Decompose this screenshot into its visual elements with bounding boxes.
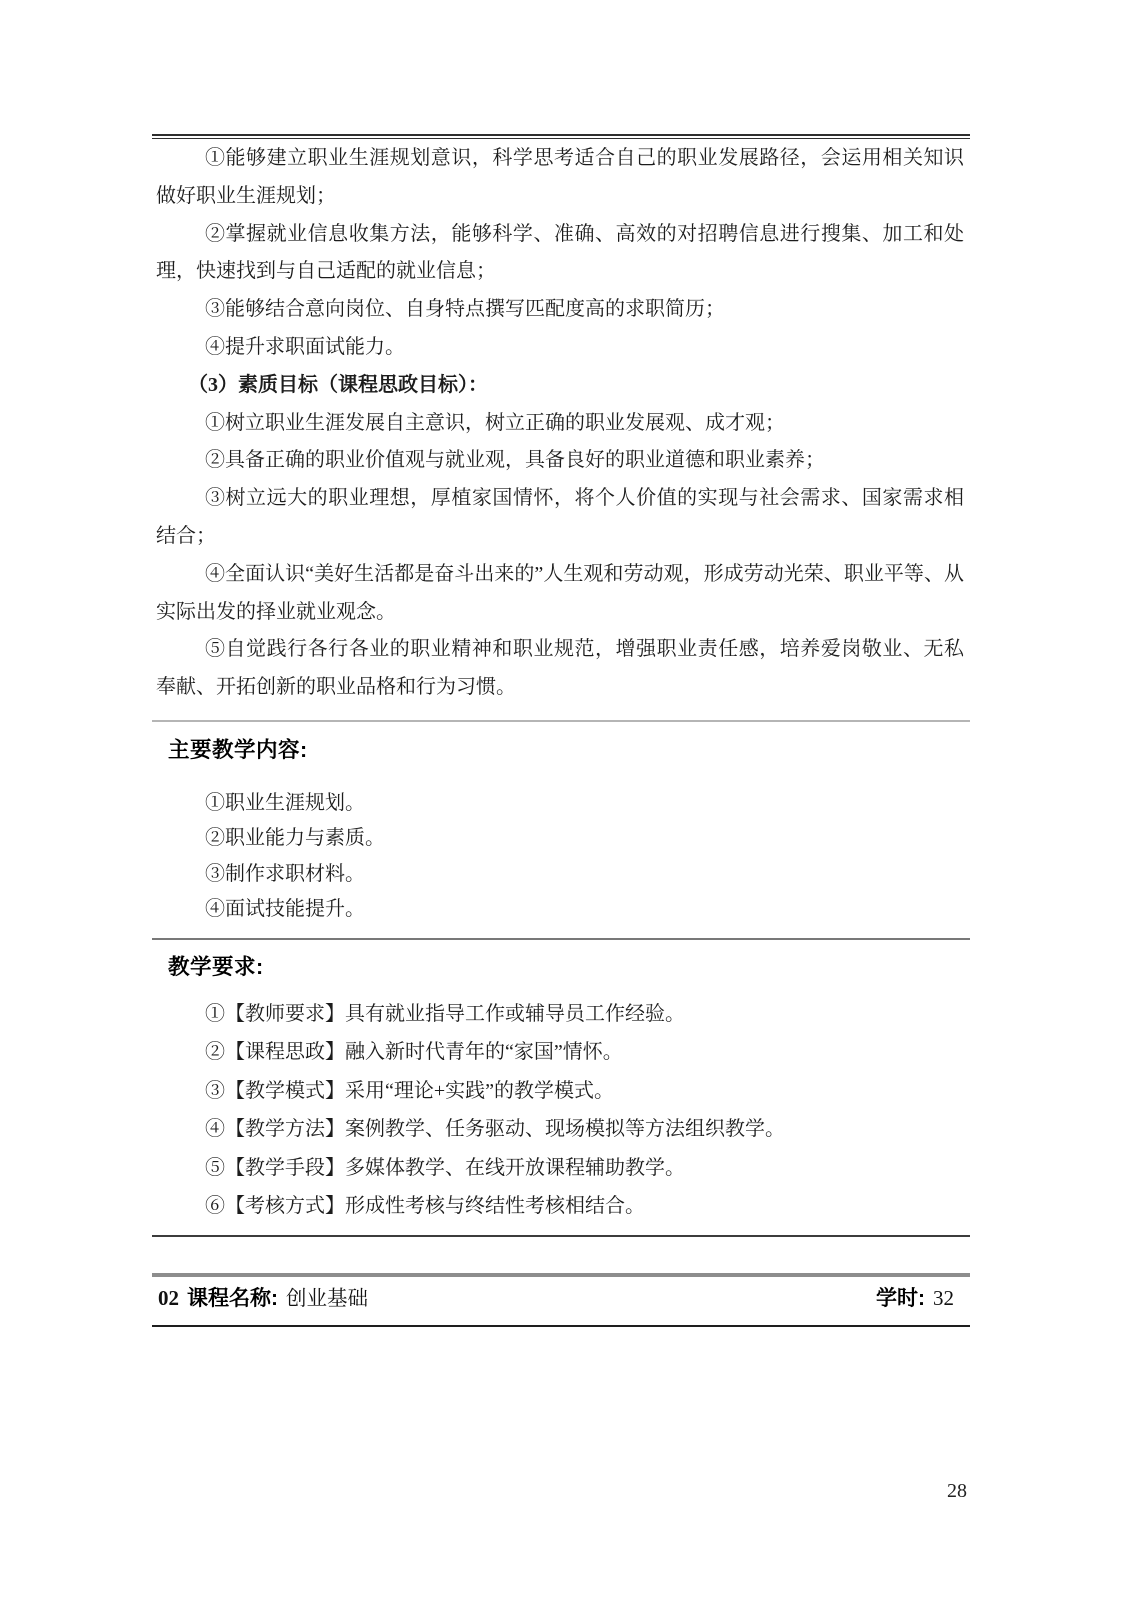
teaching-content-item: ②职业能力与素质。 xyxy=(205,821,970,857)
objective-paragraph: ①能够建立职业生涯规划意识，科学思考适合自己的职业发展路径，会运用相关知识做好职… xyxy=(156,140,964,216)
teaching-requirement-item: ④【教学方法】案例教学、任务驱动、现场模拟等方法组织教学。 xyxy=(205,1110,970,1149)
quality-goal-paragraph: ③树立远大的职业理想，厚植家国情怀，将个人价值的实现与社会需求、国家需求相结合； xyxy=(156,480,964,556)
quality-goals-subheading: （3）素质目标（课程思政目标）： xyxy=(156,367,964,405)
teaching-requirement-item: ⑤【教学手段】多媒体教学、在线开放课程辅助教学。 xyxy=(205,1149,970,1188)
course-name-label: 课程名称: xyxy=(187,1287,278,1311)
course-title-right: 学时: 32 xyxy=(876,1286,954,1311)
quality-goal-paragraph: ①树立职业生涯发展自主意识，树立正确的职业发展观、成才观； xyxy=(156,405,964,443)
course-number: 02 xyxy=(158,1286,179,1310)
teaching-content-item: ③制作求职材料。 xyxy=(205,857,970,893)
section-top-double-rule xyxy=(152,134,970,139)
course-name-value: 创业基础 xyxy=(286,1287,368,1311)
course-title-bar: 02 课程名称: 创业基础 学时: 32 xyxy=(152,1273,970,1327)
section-divider-mid xyxy=(152,938,970,940)
teaching-requirement-item: ②【课程思政】融入新时代青年的“家国”情怀。 xyxy=(205,1033,970,1072)
teaching-requirements-list: ①【教师要求】具有就业指导工作或辅导员工作经验。 ②【课程思政】融入新时代青年的… xyxy=(152,995,970,1226)
teaching-content-list: ①职业生涯规划。 ②职业能力与素质。 ③制作求职材料。 ④面试技能提升。 xyxy=(152,786,970,928)
objective-paragraph: ③能够结合意向岗位、自身特点撰写匹配度高的求职简历； xyxy=(156,291,964,329)
page-content: ①能够建立职业生涯规划意识，科学思考适合自己的职业发展路径，会运用相关知识做好职… xyxy=(152,0,970,1327)
objective-paragraph: ④提升求职面试能力。 xyxy=(156,329,964,367)
section-divider-light xyxy=(152,720,970,722)
quality-goal-paragraph: ⑤自觉践行各行各业的职业精神和职业规范，增强职业责任感，培养爱岗敬业、无私奉献、… xyxy=(156,631,964,707)
teaching-requirement-item: ⑥【考核方式】形成性考核与终结性考核相结合。 xyxy=(205,1187,970,1226)
teaching-requirement-item: ③【教学模式】采用“理论+实践”的教学模式。 xyxy=(205,1072,970,1111)
hours-value: 32 xyxy=(933,1286,954,1310)
teaching-requirement-item: ①【教师要求】具有就业指导工作或辅导员工作经验。 xyxy=(205,995,970,1034)
objective-paragraph: ②掌握就业信息收集方法，能够科学、准确、高效的对招聘信息进行搜集、加工和处理，快… xyxy=(156,216,964,292)
teaching-content-heading: 主要教学内容: xyxy=(168,734,970,767)
teaching-requirements-heading: 教学要求: xyxy=(168,951,970,984)
quality-goal-paragraph: ②具备正确的职业价值观与就业观，具备良好的职业道德和职业素养； xyxy=(156,442,964,480)
hours-label: 学时: xyxy=(876,1287,925,1311)
course-objectives-block: ①能够建立职业生涯规划意识，科学思考适合自己的职业发展路径，会运用相关知识做好职… xyxy=(152,140,970,707)
document-page: ①能够建立职业生涯规划意识，科学思考适合自己的职业发展路径，会运用相关知识做好职… xyxy=(0,0,1131,1600)
course-title-left: 02 课程名称: 创业基础 xyxy=(158,1286,368,1311)
teaching-content-item: ④面试技能提升。 xyxy=(205,892,970,928)
teaching-content-item: ①职业生涯规划。 xyxy=(205,786,970,822)
quality-goal-paragraph: ④全面认识“美好生活都是奋斗出来的”人生观和劳动观，形成劳动光荣、职业平等、从实… xyxy=(156,556,964,632)
section-bottom-rule xyxy=(152,1235,970,1237)
page-number: 28 xyxy=(947,1480,967,1503)
